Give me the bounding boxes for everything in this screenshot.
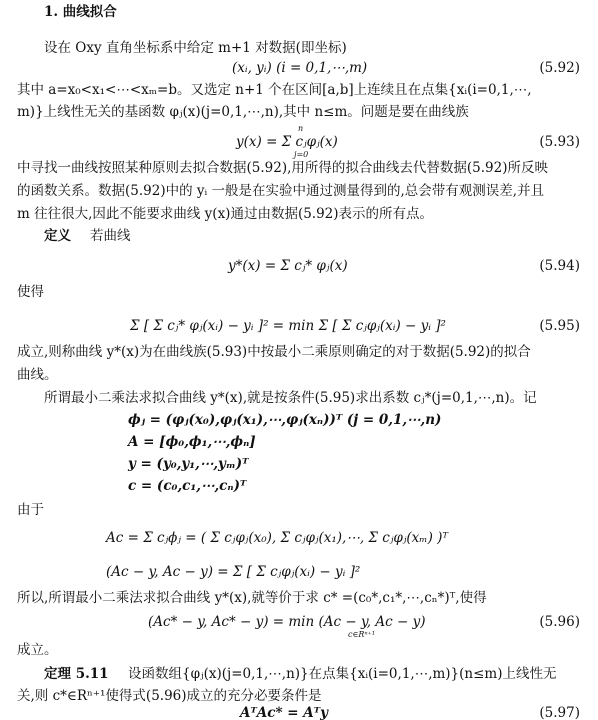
equation-number: (5.92) (539, 58, 580, 78)
equation-number: (5.93) (539, 132, 580, 152)
equation: (xᵢ, yᵢ) (i = 0,1,⋯,m) (232, 58, 367, 78)
paragraph: 的函数关系。数据(5.92)中的 yᵢ 一般是在实验中通过测量得到的,总会带有观… (17, 181, 544, 201)
paragraph: 曲线。 (17, 365, 58, 385)
equation: y = (y₀,y₁,⋯,yₘ)ᵀ (128, 454, 248, 474)
equation-number: (5.97) (539, 703, 580, 720)
theorem-label: 定理 5.11 (44, 664, 109, 684)
definition-text: 若曲线 (90, 226, 131, 246)
equation: Σ [ Σ cⱼ* φⱼ(xᵢ) − yᵢ ]² = min Σ [ Σ cⱼφ… (130, 316, 446, 336)
paragraph: 所谓最小二乘法求拟合曲线 y*(x),就是按条件(5.95)求出系数 cⱼ*(j… (44, 388, 537, 408)
equation-number: (5.94) (539, 256, 580, 276)
paragraph: 由于 (17, 500, 44, 520)
equation-number: (5.96) (539, 612, 580, 632)
equation: Ac = Σ cⱼϕⱼ = ( Σ cⱼφⱼ(x₀), Σ cⱼφⱼ(x₁),⋯… (106, 528, 448, 548)
equation-number: (5.95) (539, 316, 580, 336)
paragraph: 成立。 (17, 640, 58, 660)
sum-upper: n (298, 124, 303, 133)
equation: y*(x) = Σ cⱼ* φⱼ(x) (228, 256, 348, 276)
equation: y(x) = Σ cⱼφⱼ(x) (236, 132, 338, 152)
paragraph: 使得 (17, 282, 44, 302)
equation: AᵀAc* = Aᵀy (240, 703, 328, 720)
min-subscript: c∈Rⁿ⁺¹ (348, 630, 375, 639)
paragraph: 所以,所谓最小二乘法求拟合曲线 y*(x),就等价于求 c* =(c₀*,c₁*… (17, 588, 487, 608)
section-heading: 1. 曲线拟合 (44, 2, 117, 22)
paragraph: m)}上线性无关的基函数 φⱼ(x)(j=0,1,⋯,n),其中 n≤m。问题是… (17, 102, 469, 122)
paragraph: 中寻找一曲线按照某种原则去拟合数据(5.92),用所得的拟合曲线去代替数据(5.… (17, 158, 548, 178)
equation: c = (c₀,c₁,⋯,cₙ)ᵀ (128, 476, 246, 496)
paragraph: 成立,则称曲线 y*(x)为在曲线族(5.93)中按最小二乘原则确定的对于数据(… (17, 342, 531, 362)
paragraph: 其中 a=x₀<x₁<⋯<xₘ=b。又选定 n+1 个在区间[a,b]上连续且在… (17, 80, 532, 100)
paragraph: m 往往很大,因此不能要求曲线 y(x)通过由数据(5.92)表示的所有点。 (17, 204, 433, 224)
theorem-text: 设函数组{φⱼ(x)(j=0,1,⋯,n)}在点集{xᵢ(i=0,1,⋯,m)}… (128, 664, 557, 684)
equation: (Ac* − y, Ac* − y) = min (Ac − y, Ac − y… (148, 612, 425, 632)
equation: ϕⱼ = (φⱼ(x₀),φⱼ(x₁),⋯,φⱼ(xₙ))ᵀ (j = 0,1,… (128, 410, 441, 430)
definition-label: 定义 (44, 226, 71, 246)
equation: A = [ϕ₀,ϕ₁,⋯,ϕₙ] (128, 432, 256, 452)
equation: (Ac − y, Ac − y) = Σ [ Σ cⱼφⱼ(xᵢ) − yᵢ ]… (106, 562, 360, 582)
paragraph: 设在 Oxy 直角坐标系中给定 m+1 对数据(即坐标) (44, 38, 347, 58)
